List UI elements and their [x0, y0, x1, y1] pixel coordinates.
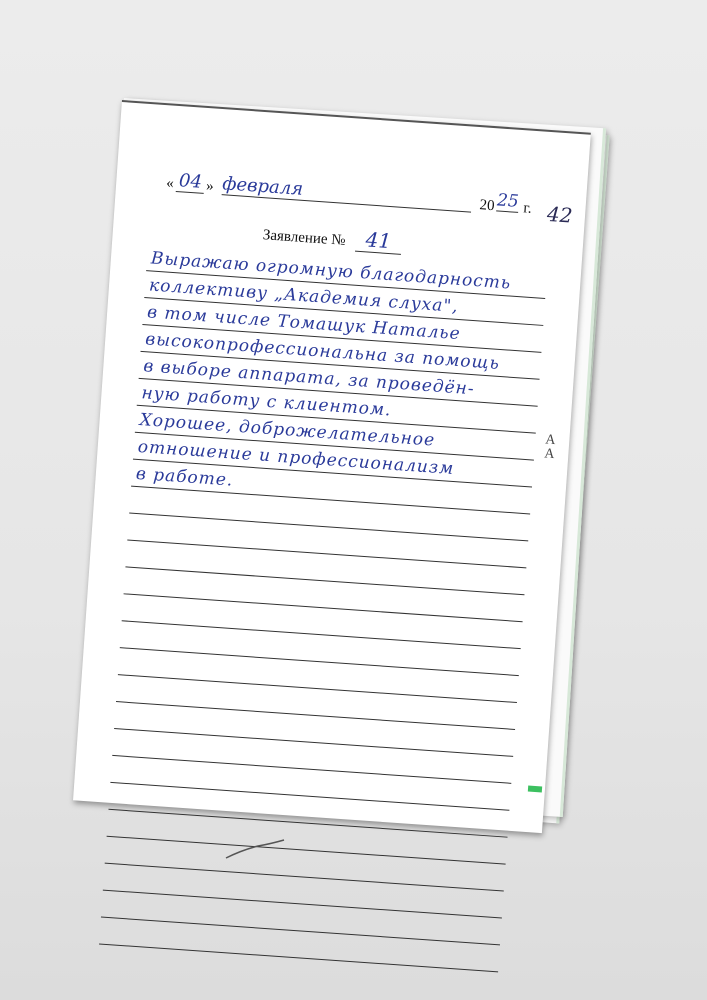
close-quote: »	[206, 178, 215, 195]
statement-number: 41	[355, 227, 403, 255]
document-page: 42 « 04 » февраля 20 25 г. Заявление № 4…	[73, 100, 591, 833]
page-number: 42	[546, 202, 573, 228]
date-year-prefix: 20	[479, 197, 495, 215]
green-page-tab	[528, 786, 542, 793]
lined-body: Выражаю огромную благодарностьколлективу…	[99, 244, 547, 972]
open-quote: «	[166, 175, 175, 192]
statement-title: Заявление № 41	[262, 220, 402, 255]
date-month: февраля	[222, 173, 473, 212]
margin-mark: А	[544, 446, 555, 463]
handwritten-text: в работе.	[135, 464, 234, 491]
date-year-unit: г.	[523, 200, 532, 218]
date-year-suffix: 25	[496, 190, 519, 212]
pen-stroke-mark	[222, 834, 292, 864]
date-day: 04	[176, 170, 205, 194]
date-line: « 04 » февраля 20 25 г.	[163, 169, 544, 225]
title-label: Заявление №	[262, 227, 346, 249]
